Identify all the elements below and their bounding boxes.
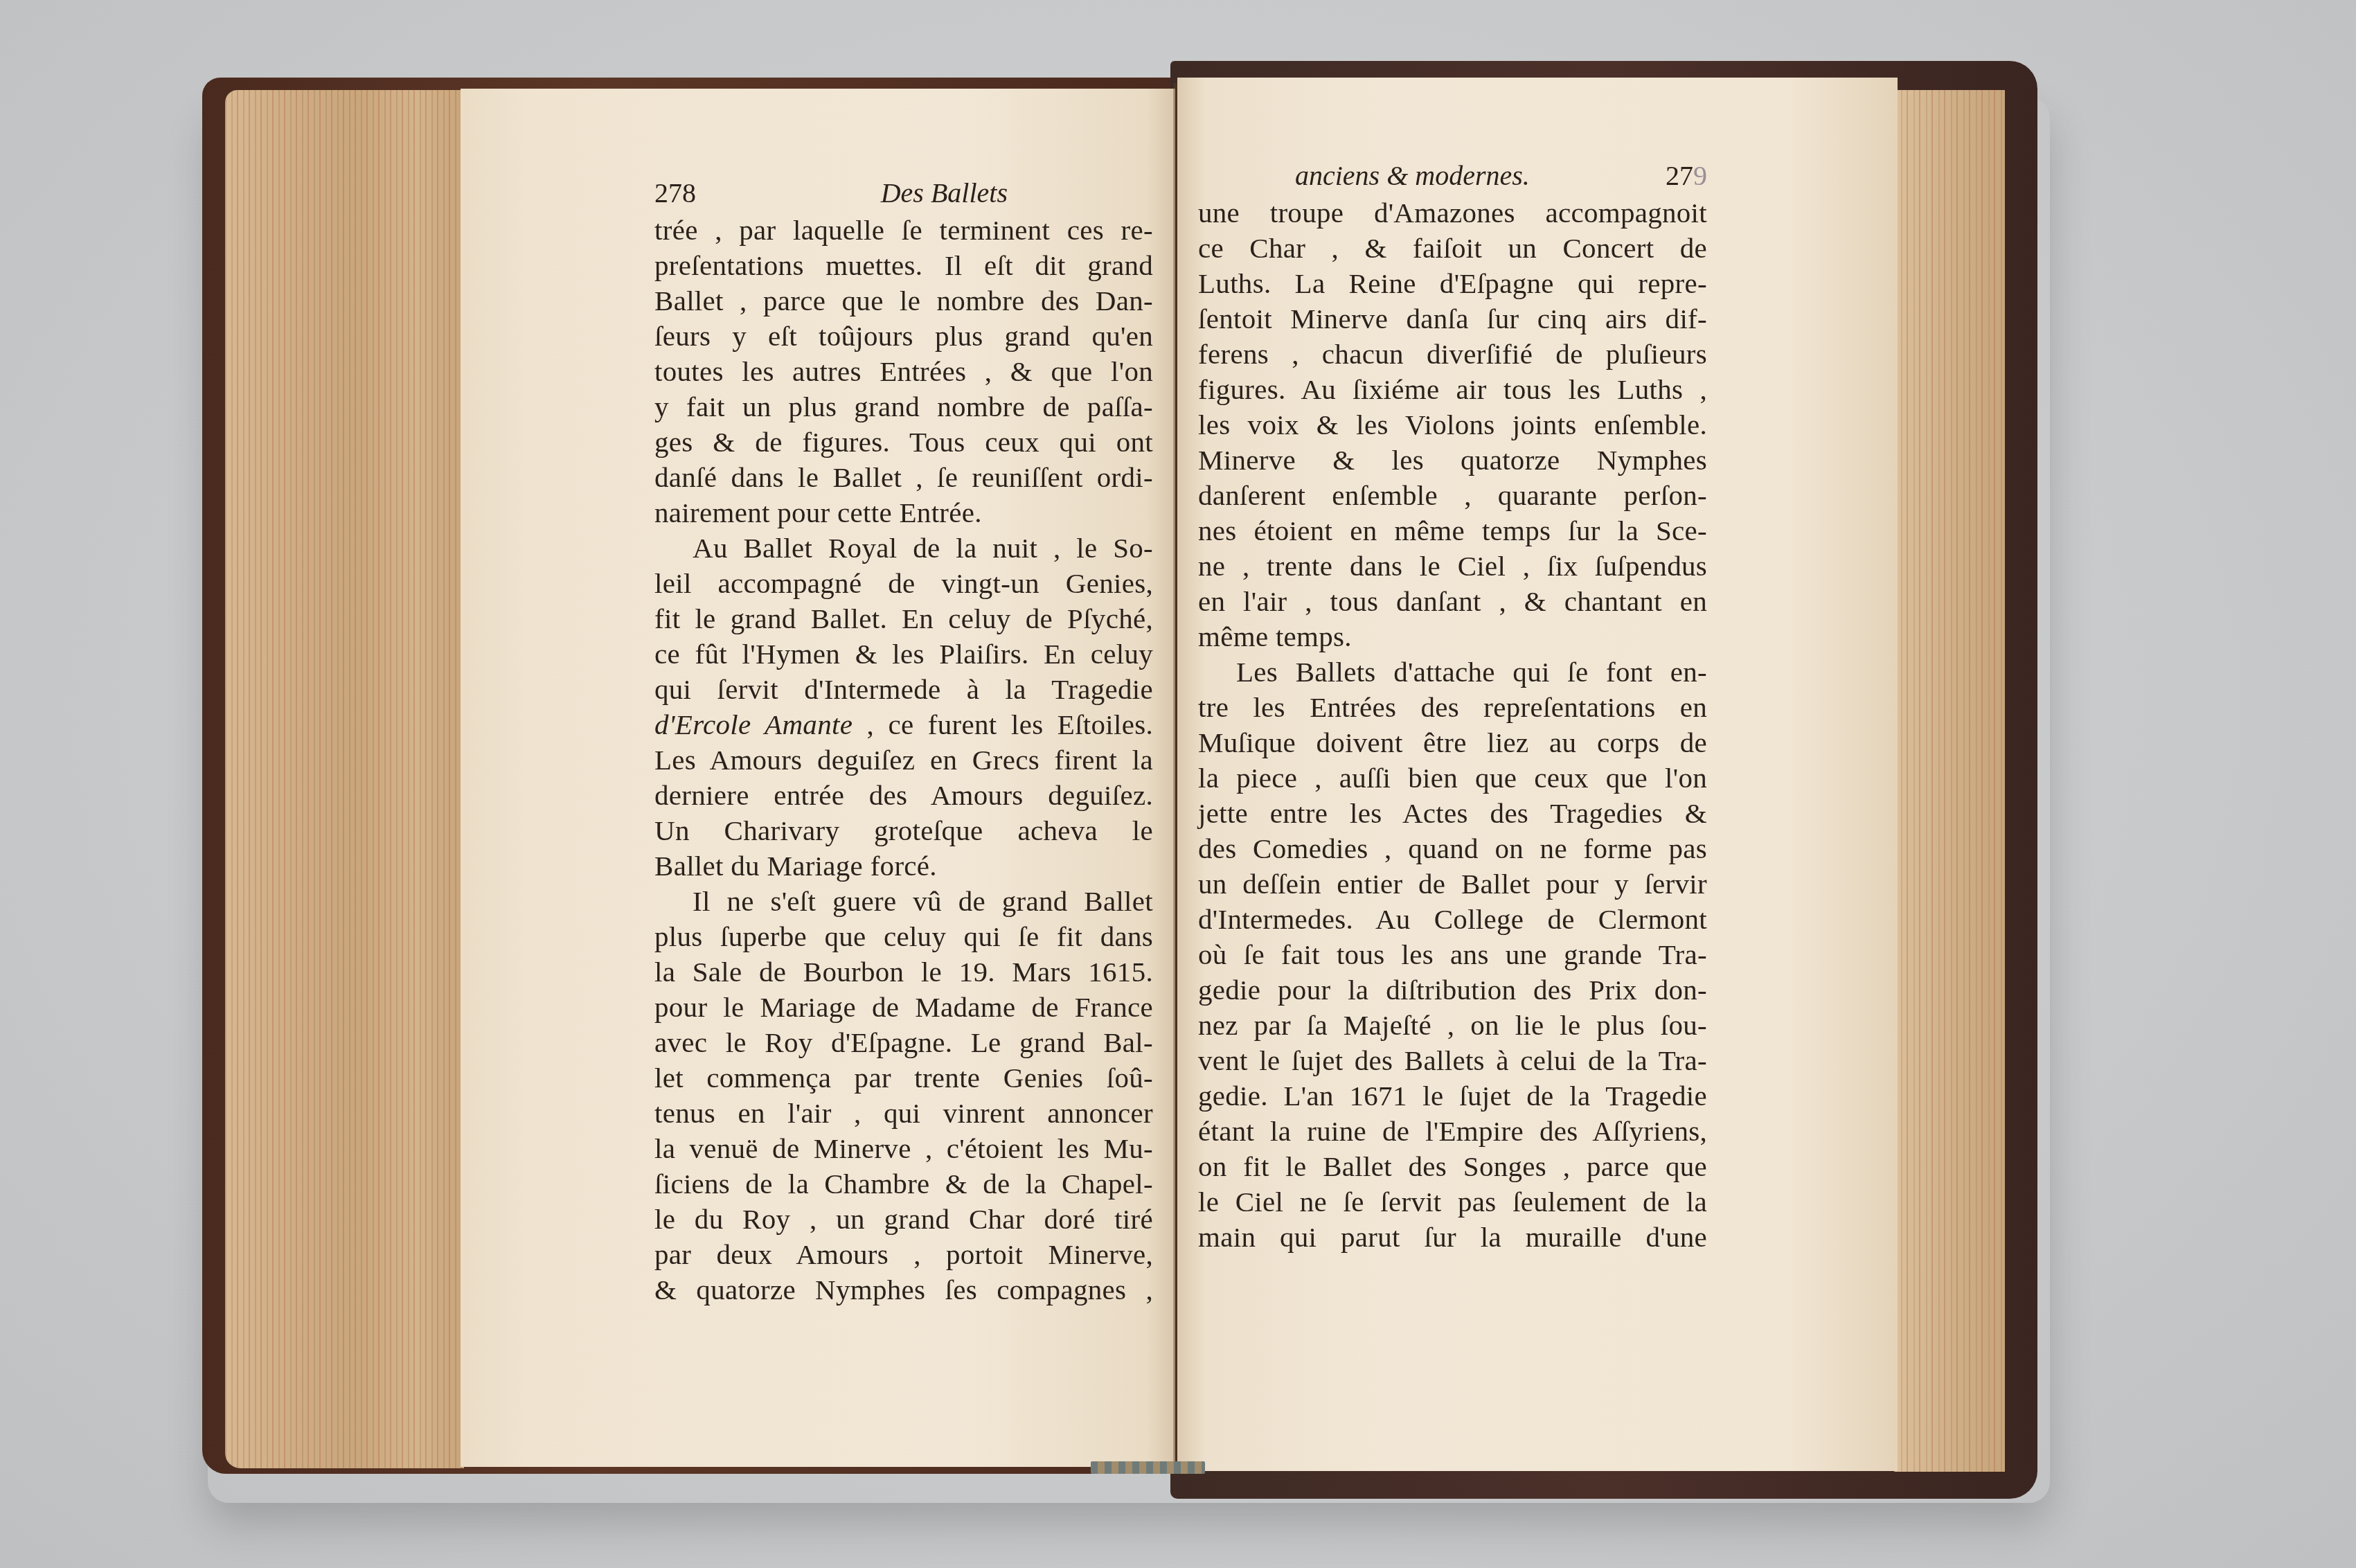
text-line: derniere entrée des Amours deguiſez. <box>654 778 1153 813</box>
text-line: des Comedies , quand on ne forme pas <box>1198 831 1707 866</box>
text-line: nez par ſa Majeſté , on lie le plus ſou- <box>1198 1008 1707 1043</box>
text-line: la piece , auſſi bien que ceux que l'on <box>1198 760 1707 796</box>
text-line: plus ſuperbe que celuy qui ſe fit dans <box>654 919 1153 954</box>
text-line: tenus en l'air , qui vinrent annoncer <box>654 1096 1153 1131</box>
text-line: leil accompagné de vingt-un Genies, <box>654 566 1153 601</box>
text-line: ne , trente dans le Ciel , ſix ſuſpendus <box>1198 549 1707 584</box>
text-line: en l'air , tous danſant , & chantant en <box>1198 584 1707 619</box>
text-line: Luths. La Reine d'Eſpagne qui repre- <box>1198 266 1707 301</box>
text-line: figures. Au ſixiéme air tous les Luths , <box>1198 372 1707 407</box>
text-line: main qui parut ſur la muraille d'une <box>1198 1220 1707 1255</box>
text-line: Les Amours deguiſez en Grecs firent la <box>654 742 1153 778</box>
text-line: par deux Amours , portoit Minerve, <box>654 1237 1153 1272</box>
text-line: Muſique doivent être liez au corps de <box>1198 725 1707 760</box>
text-line: danſerent enſemble , quarante perſon- <box>1198 478 1707 513</box>
text-line: gedie. L'an 1671 le ſujet de la Tragedie <box>1198 1078 1707 1114</box>
page-edges-left <box>225 90 464 1468</box>
left-running-head: 278 Des Ballets <box>654 177 1153 213</box>
text-line: ferens , chacun diverſifié de pluſieurs <box>1198 337 1707 372</box>
text-line: gedie pour la diſtribution des Prix don- <box>1198 972 1707 1008</box>
page-number: 278 <box>654 177 696 209</box>
text-line: toutes les autres Entrées , & que l'on <box>654 354 1153 389</box>
running-title: Des Ballets <box>881 177 1008 209</box>
text-line: Ballet , parce que le nombre des Dan- <box>654 283 1153 319</box>
text-line: ſentoit Minerve danſa ſur cinq airs dif- <box>1198 301 1707 337</box>
text-line: ſiciens de la Chambre & de la Chapel- <box>654 1166 1153 1202</box>
text-line: d'Ercole Amante , ce furent les Eſtoiles… <box>654 707 1153 742</box>
text-line: une troupe d'Amazones accompagnoit <box>1198 195 1707 231</box>
faded-digit: 9 <box>1693 160 1707 191</box>
text-line: on fit le Ballet des Songes , parce que <box>1198 1149 1707 1184</box>
text-line: ce Char , & faiſoit un Concert de <box>1198 231 1707 266</box>
text-line: un deſſein entier de Ballet pour y ſervi… <box>1198 866 1707 902</box>
text-line: le Ciel ne ſe ſervit pas ſeulement de la <box>1198 1184 1707 1220</box>
text-line: y fait un plus grand nombre de paſſa- <box>654 389 1153 425</box>
text-line: qui ſervit d'Intermede à la Tragedie <box>654 672 1153 707</box>
text-line: d'Intermedes. Au College de Clermont <box>1198 902 1707 937</box>
right-running-head: anciens & modernes. 279 <box>1198 159 1707 195</box>
italic-title: d'Ercole Amante <box>654 709 853 740</box>
text-line: pour le Mariage de Madame de France <box>654 990 1153 1025</box>
text-line: jette entre les Actes des Tragedies & <box>1198 796 1707 831</box>
text-line: Les Ballets d'attache qui ſe font en- <box>1198 654 1707 690</box>
running-title: anciens & modernes. <box>1295 159 1530 192</box>
left-page-text: 278 Des Ballets trée , par laquelle ſe t… <box>654 177 1153 1308</box>
text-line: où ſe fait tous les ans une grande Tra- <box>1198 937 1707 972</box>
text-line: avec le Roy d'Eſpagne. Le grand Bal- <box>654 1025 1153 1060</box>
text-line: Minerve & les quatorze Nymphes <box>1198 443 1707 478</box>
text-line: nairement pour cette Entrée. <box>654 495 1153 531</box>
text-line: trée , par laquelle ſe terminent ces re- <box>654 213 1153 248</box>
text-line: Il ne s'eſt guere vû de grand Ballet <box>654 884 1153 919</box>
text-line: vent le ſujet des Ballets à celui de la … <box>1198 1043 1707 1078</box>
text-line: Ballet du Mariage forcé. <box>654 848 1153 884</box>
page-number: 279 <box>1666 159 1707 192</box>
right-page-text: anciens & modernes. 279 une troupe d'Ama… <box>1198 159 1707 1255</box>
text-line: danſé dans le Ballet , ſe reuniſſent ord… <box>654 460 1153 495</box>
text-line: preſentations muettes. Il eſt dit grand <box>654 248 1153 283</box>
text-line: tre les Entrées des repreſentations en <box>1198 690 1707 725</box>
book-gutter <box>1173 83 1177 1468</box>
text-line: les voix & les Violons joints enſemble. <box>1198 407 1707 443</box>
text-line: Au Ballet Royal de la nuit , le So- <box>654 531 1153 566</box>
text-line: le du Roy , un grand Char doré tiré <box>654 1202 1153 1237</box>
text-line: ce fût l'Hymen & les Plaiſirs. En celuy <box>654 636 1153 672</box>
text-line: Un Charivary groteſque acheva le <box>654 813 1153 848</box>
text-line: ſeurs y eſt toûjours plus grand qu'en <box>654 319 1153 354</box>
text-line: let commença par trente Genies ſoû- <box>654 1060 1153 1096</box>
text-line: & quatorze Nymphes ſes compagnes , <box>654 1272 1153 1308</box>
text-line: même temps. <box>1198 619 1707 654</box>
text-line: la Sale de Bourbon le 19. Mars 1615. <box>654 954 1153 990</box>
text-line: fit le grand Ballet. En celuy de Pſyché, <box>654 601 1153 636</box>
text-line: nes étoient en même temps ſur la Sce- <box>1198 513 1707 549</box>
page-edges-right <box>1894 90 2005 1472</box>
headband <box>1091 1461 1205 1474</box>
text-line: la venuë de Minerve , c'étoient les Mu- <box>654 1131 1153 1166</box>
text-line: ges & de figures. Tous ceux qui ont <box>654 425 1153 460</box>
text-line: étant la ruine de l'Empire des Aſſyriens… <box>1198 1114 1707 1149</box>
